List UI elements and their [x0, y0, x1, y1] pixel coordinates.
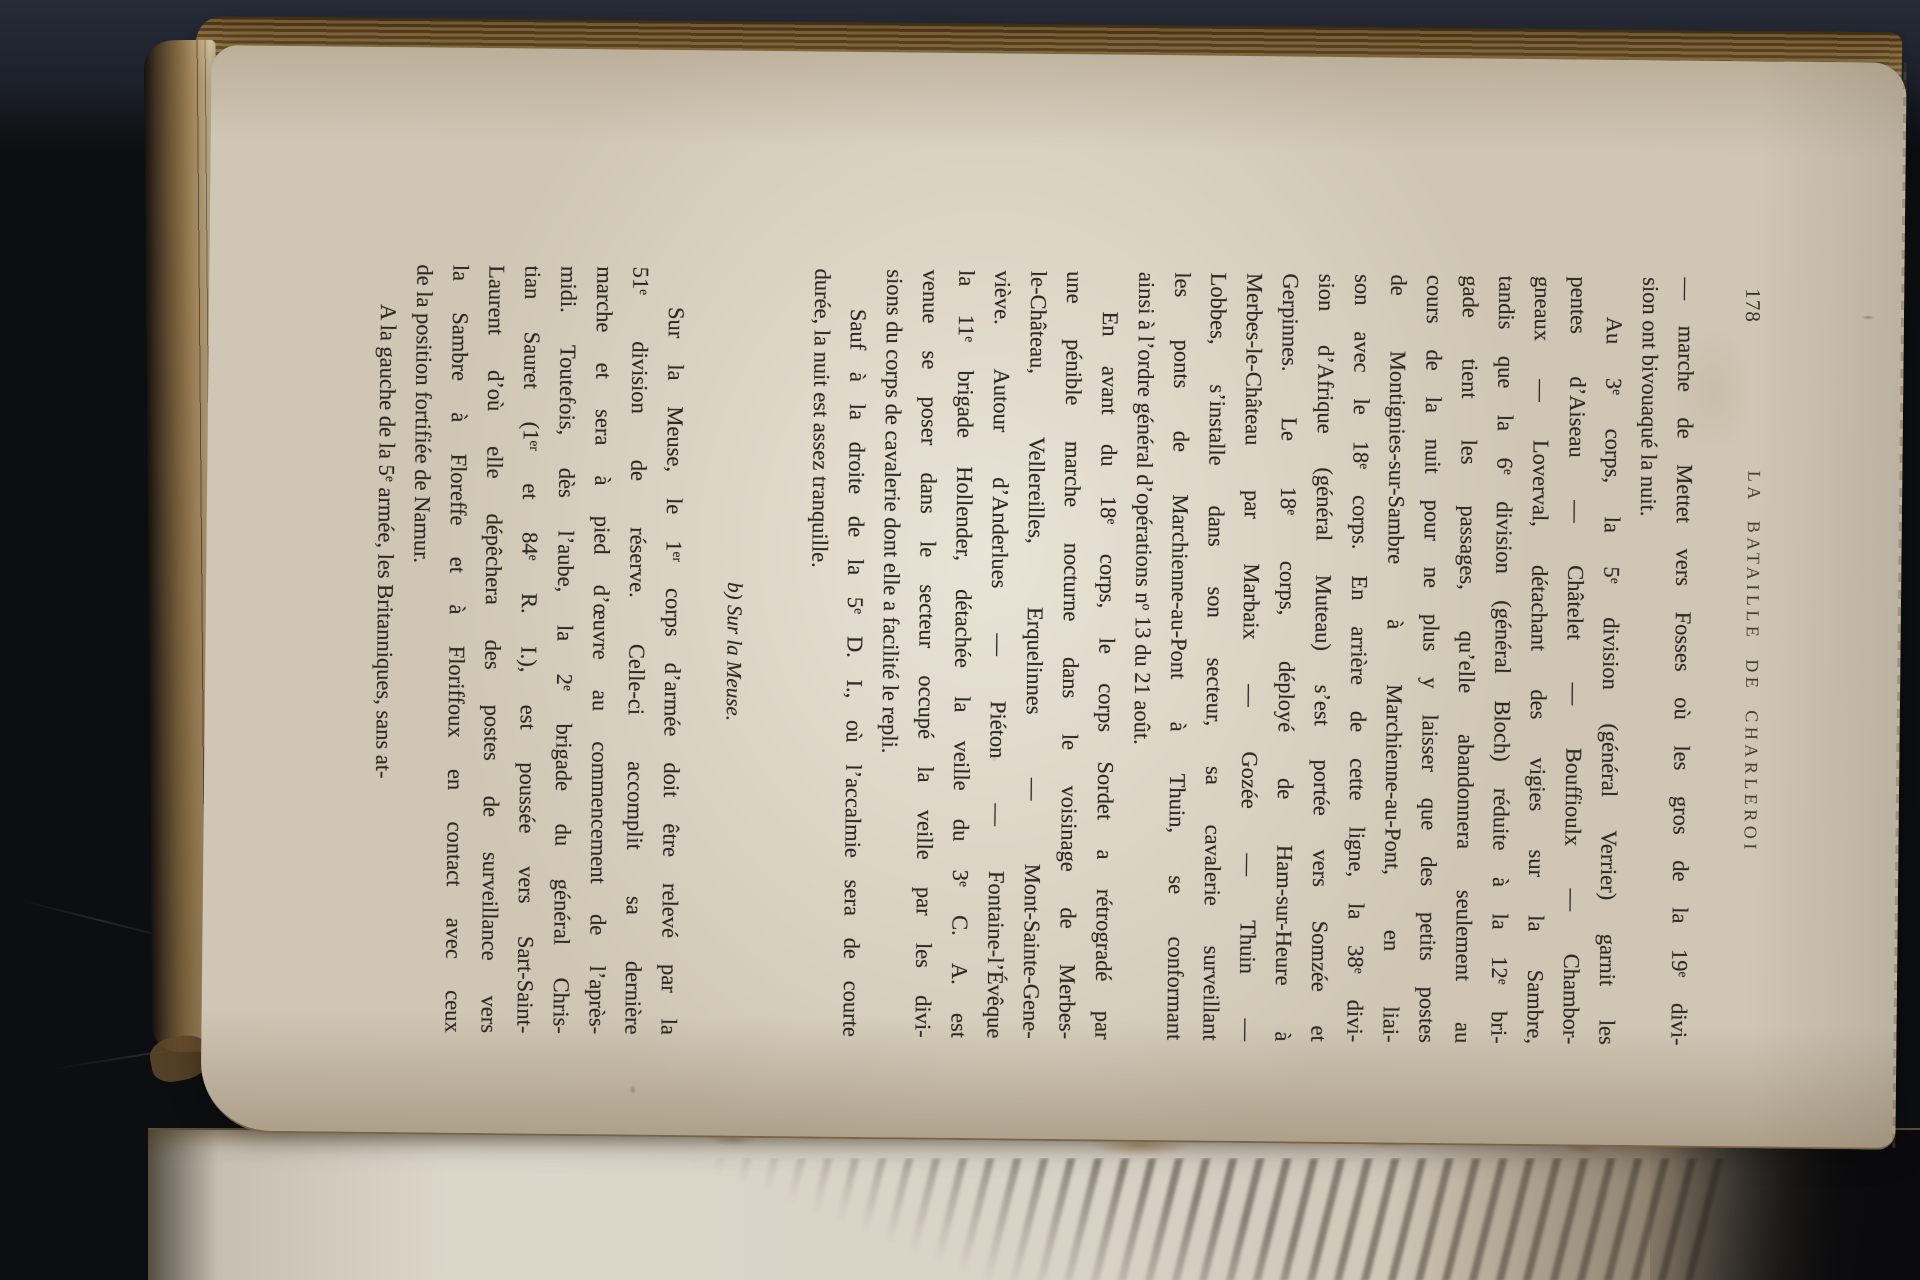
paragraph: Sauf à la droite de la 5e D. I., où l’ac… — [796, 268, 876, 1037]
book-page: 178 LA BATAILLE DE CHARLEROI — marche de… — [200, 45, 1906, 1150]
facing-page — [148, 1128, 1920, 1280]
paragraph: — marche de Mettet vers Fosses où les gr… — [1624, 277, 1704, 1046]
paragraph: Sur la Meuse, le 1er corps d’armée doit … — [398, 264, 694, 1035]
page-number: 178 — [1740, 288, 1765, 323]
text-block-body: — marche de Mettet vers Fosses où les gr… — [362, 264, 1704, 1046]
text-block: 178 LA BATAILLE DE CHARLEROI — marche de… — [362, 264, 1766, 1047]
facing-page-shadow — [1650, 1130, 1920, 1280]
book-photo: 178 LA BATAILLE DE CHARLEROI — marche de… — [0, 0, 1920, 1280]
page-header: 178 LA BATAILLE DE CHARLEROI — [1728, 278, 1766, 1046]
paragraph: Au 3e corps, la 5e division (général Ver… — [1120, 272, 1632, 1045]
facing-page-blurred-text — [613, 1158, 1734, 1280]
section-heading: b) Sur la Meuse. — [712, 267, 756, 1035]
paragraph: En avant du 18e corps, le corps Sordet a… — [868, 269, 1128, 1040]
running-head: LA BATAILLE DE CHARLEROI — [1737, 278, 1766, 1046]
